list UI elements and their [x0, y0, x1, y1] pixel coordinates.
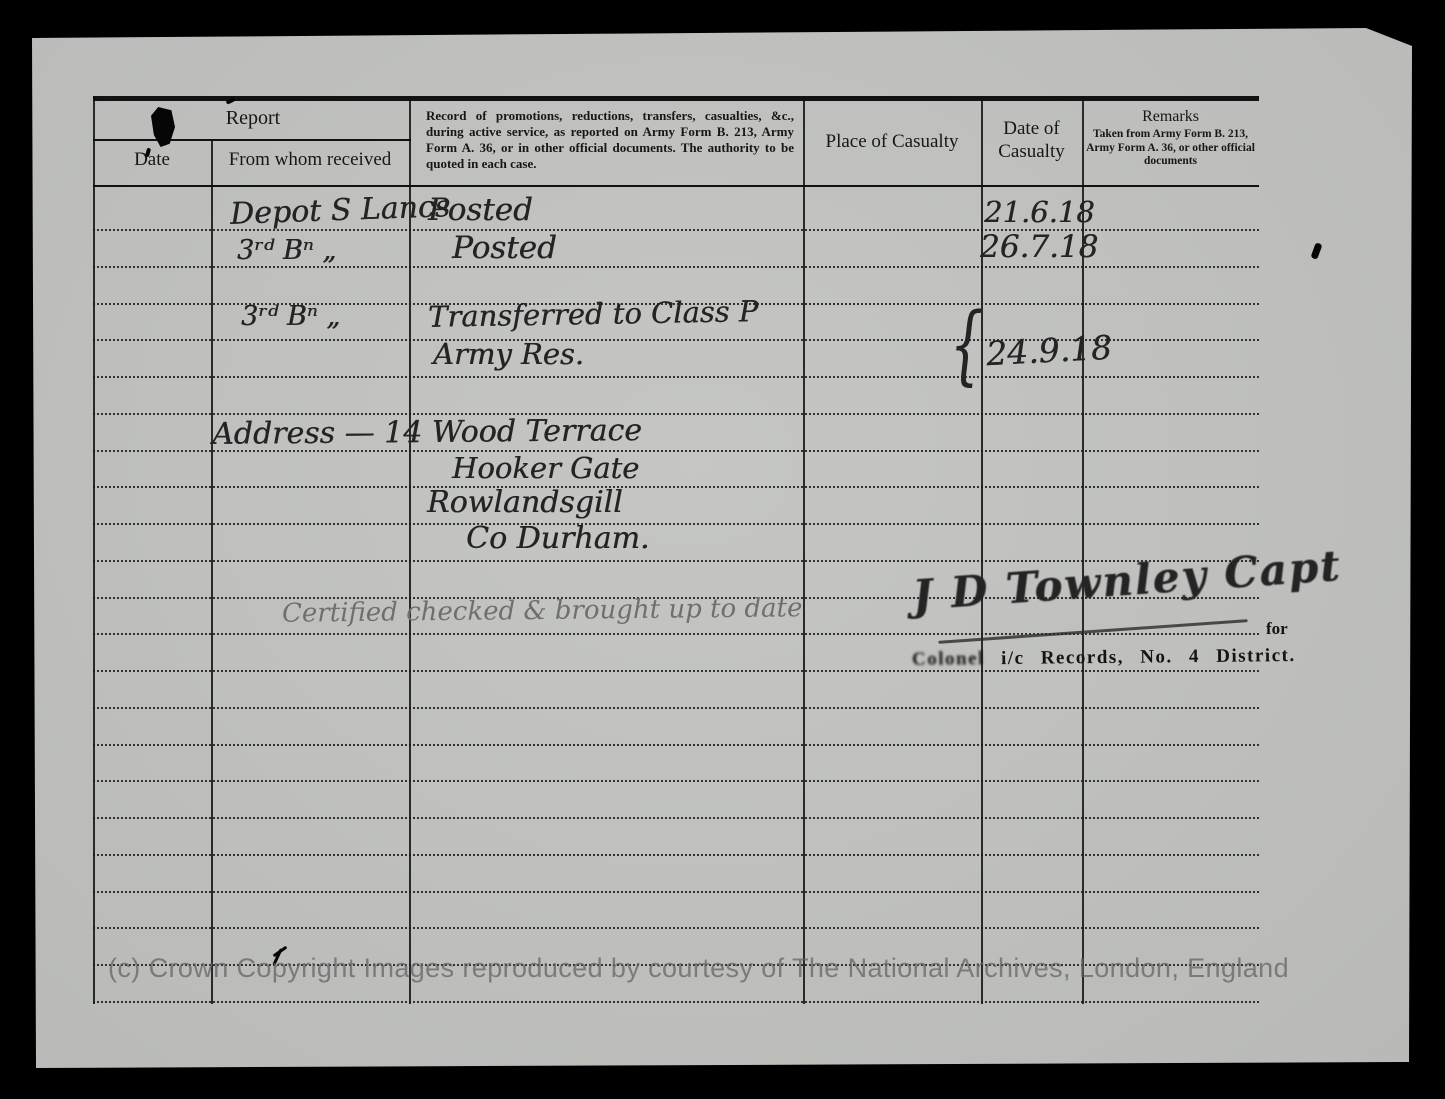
- header-remarks-title: Remarks: [1084, 108, 1257, 126]
- header-date-of-casualty: Date of Casualty: [981, 118, 1082, 164]
- col-divider-record: [803, 96, 805, 1004]
- entry-row2-record: Posted: [452, 230, 557, 266]
- table-left-border: [93, 96, 95, 1004]
- ruled-dotted-line: [93, 266, 1259, 268]
- entry-row3-from: 3ʳᵈ Bⁿ „: [241, 301, 340, 332]
- entry-address-line3: Rowlandsgill: [427, 485, 623, 520]
- header-place-of-casualty: Place of Casualty: [803, 131, 981, 153]
- report-underline: [93, 139, 411, 141]
- ruled-dotted-line: [93, 817, 1259, 819]
- ruled-dotted-line: [93, 707, 1259, 709]
- ruled-dotted-line: [93, 523, 1259, 525]
- document-paper: Report Date From whom received Record of…: [0, 0, 1445, 1099]
- header-record: Record of promotions, reductions, transf…: [426, 108, 794, 171]
- entry-row3-record-line1: Transferred to Class P: [428, 294, 759, 334]
- entry-address-line1: Address — 14 Wood Terrace: [212, 413, 642, 452]
- entry-address-line2: Hooker Gate: [452, 451, 639, 485]
- entry-row2-from: 3ʳᵈ Bⁿ „: [237, 235, 336, 266]
- ruled-dotted-line: [93, 670, 1259, 672]
- entry-row1-date: 21.6.18: [984, 195, 1095, 229]
- signature: J D Townley Capt: [911, 541, 1343, 620]
- col-divider-date: [211, 139, 213, 1004]
- records-office-stamp: Colonel i/c Records, No. 4 District.: [912, 645, 1296, 671]
- entry-row3-date: 24.9.18: [985, 328, 1113, 374]
- ruled-dotted-line: [93, 854, 1259, 856]
- crown-copyright-watermark: (c) Crown Copyright Images reproduced by…: [108, 953, 1289, 984]
- stamp-for-label: for: [1266, 619, 1288, 639]
- header-date: Date: [93, 149, 211, 171]
- ruled-dotted-line: [93, 780, 1259, 782]
- ruled-dotted-line: [93, 413, 1259, 415]
- ruled-dotted-line: [93, 486, 1259, 488]
- signature-flourish: [938, 619, 1247, 644]
- stamp-text: i/c Records, No. 4 District.: [1001, 645, 1296, 669]
- header-report: Report: [95, 107, 411, 130]
- header-from-whom: From whom received: [211, 149, 409, 171]
- ruled-dotted-line: [93, 891, 1259, 893]
- col-divider-fromwhom: [409, 96, 411, 1004]
- header-bottom-border: [93, 185, 1259, 187]
- entry-certified-note: Certified checked & brought up to date: [282, 593, 803, 628]
- ink-blot: [151, 107, 175, 147]
- scanned-document-view: Report Date From whom received Record of…: [0, 0, 1445, 1099]
- entry-row1-from: Depot S Lancs: [229, 189, 450, 232]
- ruled-dotted-line: [93, 927, 1259, 929]
- header-remarks-subtitle: Taken from Army Form B. 213, Army Form A…: [1084, 128, 1257, 169]
- ruled-dotted-line: [93, 376, 1259, 378]
- entry-address-line4: Co Durham.: [466, 521, 649, 556]
- table-top-border: [93, 96, 1259, 101]
- stamp-smudged-word: Colonel: [912, 648, 985, 670]
- entry-row3-brace: {: [950, 302, 983, 388]
- entry-row2-date: 26.7.18: [980, 229, 1098, 265]
- entry-row1-record: Posted: [428, 192, 533, 228]
- ruled-dotted-line: [93, 744, 1259, 746]
- ruled-dotted-line: [93, 1001, 1259, 1003]
- entry-row3-record-line2: Army Res.: [433, 337, 584, 371]
- ink-speck-right: [1310, 242, 1322, 259]
